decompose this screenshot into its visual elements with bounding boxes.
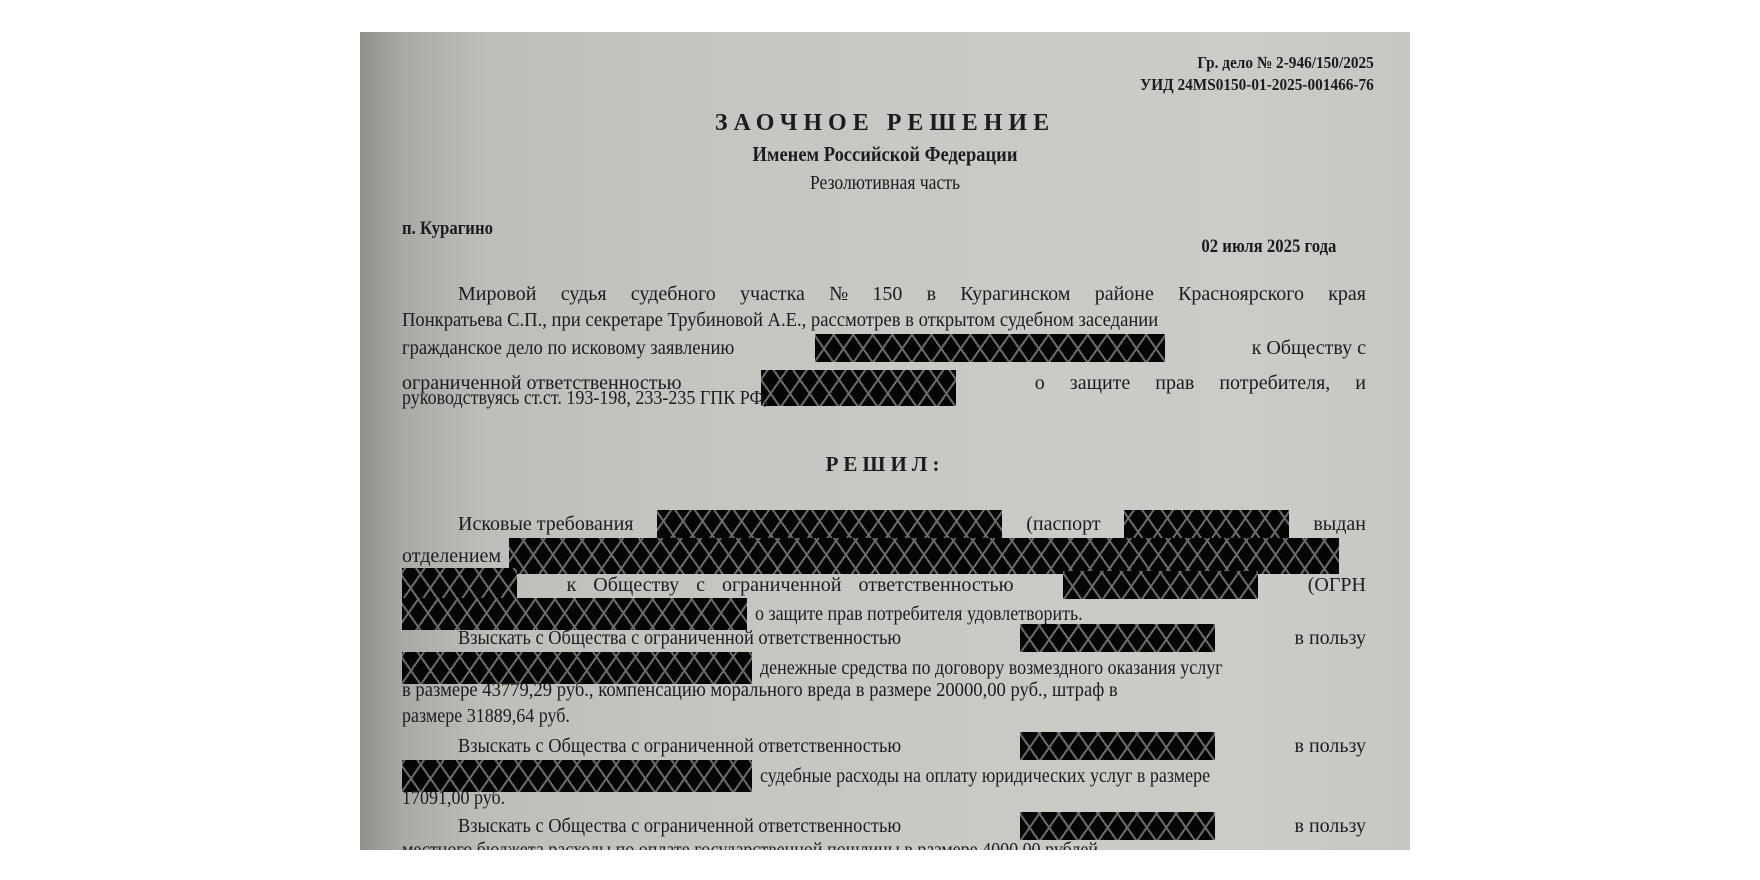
resolution-text: в размере 43779,29 руб., компенсацию мор… xyxy=(402,678,1118,702)
redacted-block xyxy=(1124,510,1289,538)
resolution-text: Взыскать с Общества с ограниченной ответ… xyxy=(458,626,901,650)
document-subtitle: Именем Российской Федерации xyxy=(423,142,1347,167)
resolution-text: (паспорт xyxy=(1026,512,1100,536)
case-number: Гр. дело № 2-946/150/2025 xyxy=(1140,52,1374,74)
intro-word: Курагинском xyxy=(960,282,1070,306)
intro-word: районе xyxy=(1095,282,1154,306)
resolution-text: местного бюджета расходы по оплате госуд… xyxy=(402,838,1102,850)
resolution-line: Взыскать с Общества с ограниченной ответ… xyxy=(458,624,1366,652)
intro-text: гражданское дело по исковому заявлению xyxy=(402,336,734,360)
resolution-text: денежные средства по договору возмездног… xyxy=(760,656,1223,680)
intro-word: в xyxy=(927,282,936,306)
resolution-line: 17091,00 руб. xyxy=(402,786,1366,810)
redacted-block xyxy=(1020,812,1215,840)
redacted-block xyxy=(815,334,1165,362)
case-reference: Гр. дело № 2-946/150/2025 УИД 24MS0150-0… xyxy=(1140,52,1374,96)
resolution-line: к Обществу с ограниченной ответственност… xyxy=(402,568,1366,602)
resolution-text: выдан xyxy=(1313,512,1366,536)
case-uid: УИД 24MS0150-01-2025-001466-76 xyxy=(1140,74,1374,96)
resolution-text: в пользу xyxy=(1295,626,1366,650)
intro-word: 150 xyxy=(872,282,902,306)
redacted-block xyxy=(657,510,1002,538)
document-part: Резолютивная часть xyxy=(423,172,1347,195)
intro-text: руководствуясь ст.ст. 193-198, 233-235 Г… xyxy=(402,386,768,410)
intro-text: к Обществу с xyxy=(1252,336,1366,360)
resolution-line: местного бюджета расходы по оплате госуд… xyxy=(402,838,1366,850)
intro-word: судебного xyxy=(631,282,716,306)
decision-date: 02 июля 2025 года xyxy=(1201,236,1336,258)
resolution-text: Исковые требования xyxy=(458,512,633,536)
resolution-line: размере 31889,64 руб. xyxy=(402,704,1366,728)
intro-word: № xyxy=(829,282,848,306)
resolution-text: размере 31889,64 руб. xyxy=(402,704,570,728)
place: п. Курагино xyxy=(402,218,493,240)
resolution-text: Взыскать с Общества с ограниченной ответ… xyxy=(458,734,901,758)
court-decision-page: Гр. дело № 2-946/150/2025 УИД 24MS0150-0… xyxy=(360,32,1410,850)
resolution-text: о защите прав потребителя удовлетворить. xyxy=(755,602,1083,626)
intro-line-5: руководствуясь ст.ст. 193-198, 233-235 Г… xyxy=(402,386,1366,410)
resolution-text: (ОГРН xyxy=(1308,573,1366,597)
resolution-text: в пользу xyxy=(1295,734,1366,758)
intro-word: судья xyxy=(561,282,607,306)
intro-line-3: гражданское дело по исковому заявлению к… xyxy=(402,334,1366,362)
intro-line-2: Понкратьева С.П., при секретаре Трубинов… xyxy=(402,308,1366,332)
redacted-block xyxy=(402,568,517,602)
redacted-block xyxy=(1020,624,1215,652)
intro-word: участка xyxy=(740,282,805,306)
resolution-line: Взыскать с Общества с ограниченной ответ… xyxy=(458,732,1366,760)
decided-heading: РЕШИЛ: xyxy=(360,452,1410,477)
resolution-line: Исковые требования (паспорт выдан xyxy=(458,510,1366,538)
redacted-block xyxy=(1063,571,1258,599)
resolution-line: Взыскать с Общества с ограниченной ответ… xyxy=(458,812,1366,840)
resolution-text: Взыскать с Общества с ограниченной ответ… xyxy=(458,814,901,838)
intro-word: края xyxy=(1328,282,1366,306)
resolution-text: 17091,00 руб. xyxy=(402,786,505,810)
resolution-text: отделением xyxy=(402,544,501,568)
intro-line-1: Мировойсудьясудебногоучастка№150вКурагин… xyxy=(458,282,1366,306)
intro-word: Мировой xyxy=(458,282,537,306)
resolution-line: в размере 43779,29 руб., компенсацию мор… xyxy=(402,678,1366,702)
resolution-text: судебные расходы на оплату юридических у… xyxy=(760,764,1210,788)
intro-word: Красноярского xyxy=(1178,282,1304,306)
document-title: ЗАОЧНОЕ РЕШЕНИЕ xyxy=(360,110,1410,137)
resolution-text: к Обществу с ограниченной ответственност… xyxy=(567,573,1014,597)
redacted-block xyxy=(1020,732,1215,760)
intro-text: Понкратьева С.П., при секретаре Трубинов… xyxy=(402,308,1158,332)
resolution-text: в пользу xyxy=(1295,814,1366,838)
